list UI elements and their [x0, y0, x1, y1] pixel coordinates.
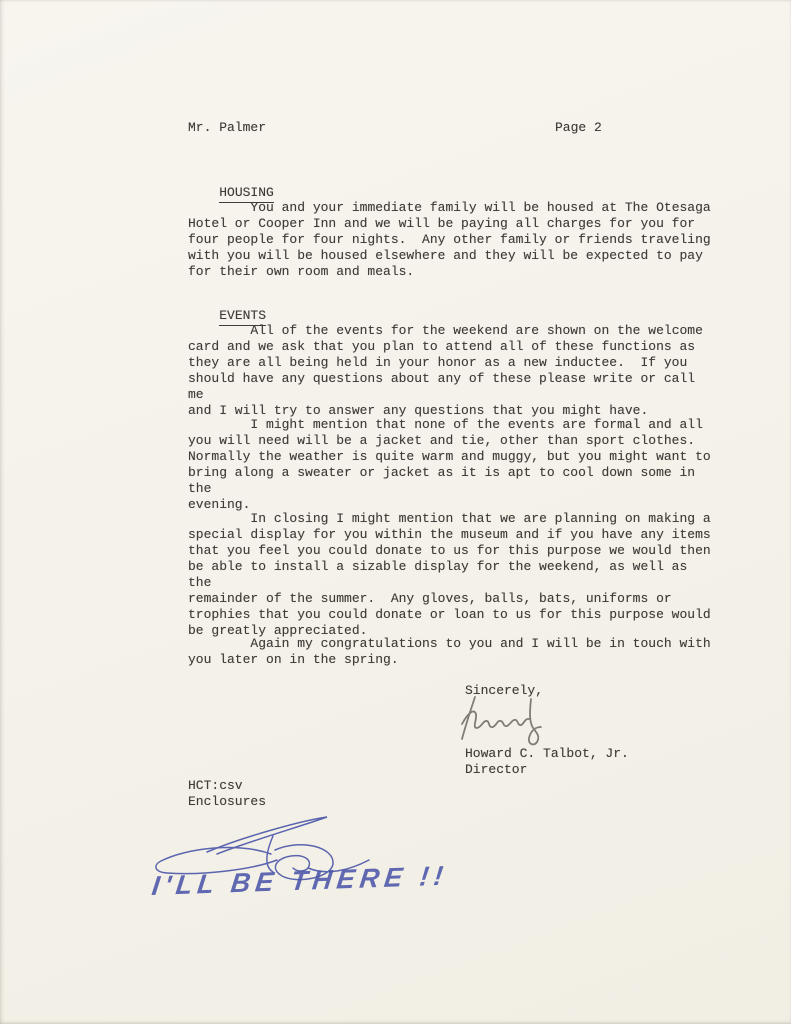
events-paragraph-3: In closing I might mention that we are p…	[188, 511, 718, 639]
typist-initials: HCT:csv	[188, 778, 243, 794]
sender-name: Howard C. Talbot, Jr.	[465, 746, 629, 762]
recipient-name: Mr. Palmer	[188, 120, 266, 136]
events-paragraph-2: I might mention that none of the events …	[188, 417, 718, 513]
page-number: Page 2	[555, 120, 602, 136]
housing-paragraph: You and your immediate family will be ho…	[188, 200, 718, 280]
events-paragraph-1: All of the events for the weekend are sh…	[188, 323, 718, 419]
handwritten-note: I'LL BE THERE !!	[151, 866, 493, 894]
sender-title: Director	[465, 762, 527, 778]
enclosures-note: Enclosures	[188, 794, 266, 810]
letter-page: Mr. Palmer Page 2 HOUSING You and your i…	[0, 0, 791, 1024]
howard-signature-handwriting	[458, 694, 558, 750]
events-paragraph-4: Again my congratulations to you and I wi…	[188, 636, 718, 668]
